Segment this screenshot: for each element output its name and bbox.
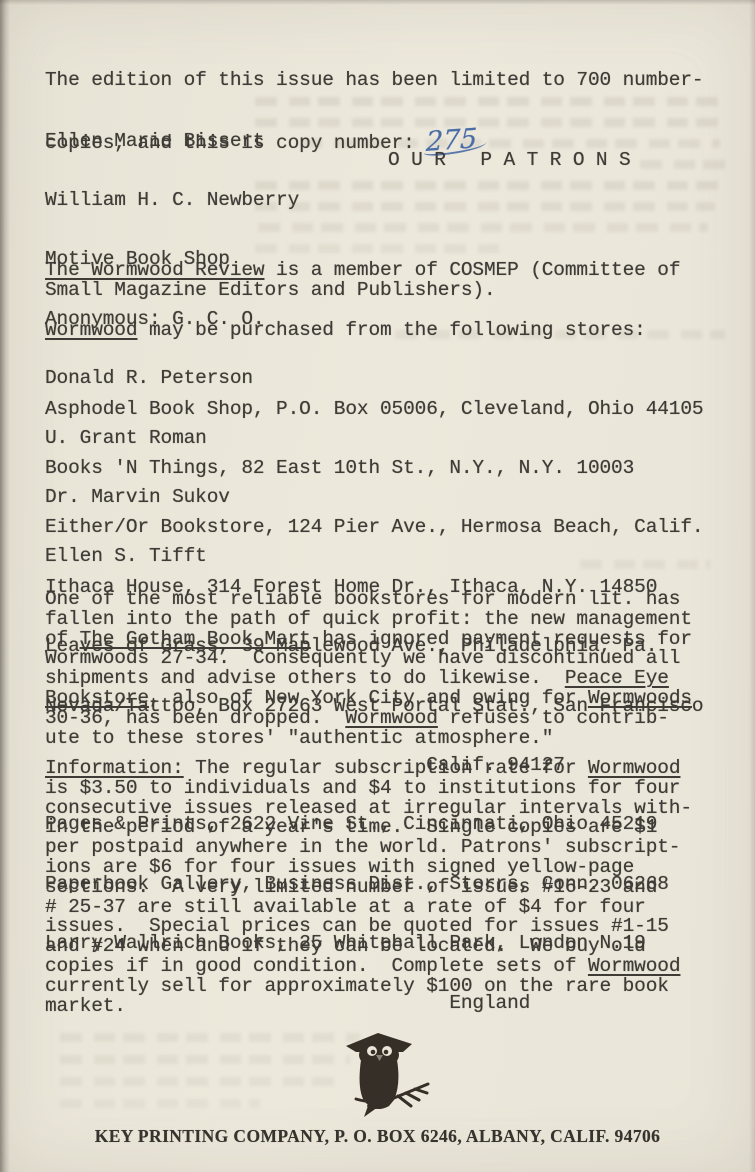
page-edge-shadow-left xyxy=(0,0,10,1172)
bleedthrough-smudge xyxy=(60,1055,350,1064)
bleedthrough-smudge xyxy=(60,1077,340,1086)
store-line: Books 'N Things, 82 East 10th St., N.Y.,… xyxy=(45,459,703,479)
patrons-heading: O U R P A T R O N S xyxy=(388,151,631,171)
printer-footer: KEY PRINTING COMPANY, P. O. BOX 6246, AL… xyxy=(0,1126,755,1147)
page-edge-shadow-top xyxy=(0,0,755,5)
owl-icon xyxy=(332,1030,432,1118)
gotham-paragraph: One of the most reliable bookstores for … xyxy=(45,590,692,748)
bleedthrough-smudge xyxy=(255,202,715,211)
patron-name: William H. C. Newberry xyxy=(45,191,299,211)
bleedthrough-smudge xyxy=(258,223,708,232)
patron-name: Ellen Marie Bissert xyxy=(45,132,299,152)
info-paragraph: Information: The regular subscription ra… xyxy=(45,759,692,1016)
purchase-intro: Wormwood may be purchased from the follo… xyxy=(45,321,646,341)
page-edge-shadow-right xyxy=(749,0,755,1172)
cosmep-note: The Wormwood Review is a member of COSME… xyxy=(45,261,680,301)
scanned-page: The edition of this issue has been limit… xyxy=(0,0,755,1172)
store-line: Either/Or Bookstore, 124 Pier Ave., Herm… xyxy=(45,518,703,538)
edition-line-1: The edition of this issue has been limit… xyxy=(45,71,703,91)
bleedthrough-smudge xyxy=(60,1099,260,1108)
store-line: Asphodel Book Shop, P.O. Box 05006, Clev… xyxy=(45,400,703,420)
